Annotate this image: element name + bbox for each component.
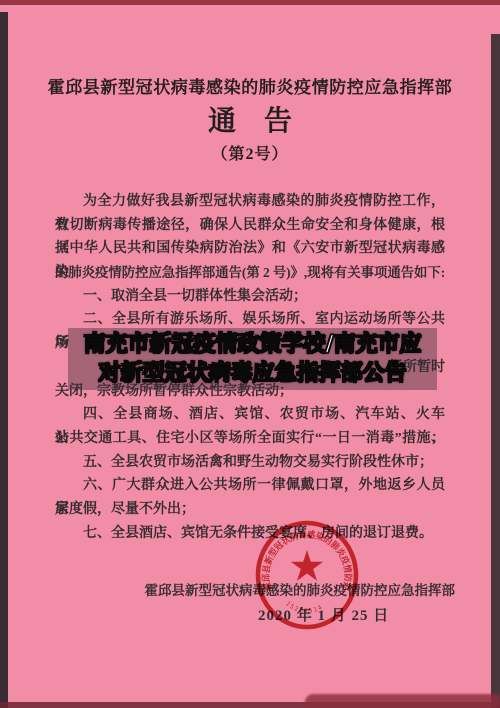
official-seal: 霍邱县新型冠状病毒感染的肺炎疫情防控应急指挥部 15220514 [247, 515, 367, 635]
document-line: 五、全县农贸市场活禽和野生动物交易实行阶段性休市； [55, 451, 445, 475]
document-line: 为全力做好我县新型冠状病毒感染的肺炎疫情防控工作，有 [55, 190, 445, 214]
photo-edge-left [0, 12, 8, 708]
document-line: 的肺炎疫情防控应急指挥部通告(第 2 号)》,现将有关事项通告如下: [55, 261, 445, 285]
photo-edge-blotch [305, 694, 500, 708]
seal-code: 15220514 [284, 600, 324, 615]
star-icon [291, 550, 323, 581]
photo-edge-top [0, 0, 500, 5]
document-line: 效切断病毒传播途径，确保人民群众生命安全和身体健康，根据 [55, 214, 445, 238]
notice-number: （第2号） [0, 141, 500, 164]
document-line: 公共交通工具、住宅小区等场所全面实行“一日一消毒”措施； [55, 427, 445, 451]
photo-edge-right [491, 34, 500, 708]
document-line: 六、广大群众进入公共场所一律佩戴口罩，外地返乡人员居 [55, 474, 445, 498]
subtitle-line-1: 南充市新冠疫情政策学校/南充市应 [83, 330, 421, 359]
document-photo: 霍邱县新型冠状病毒感染的肺炎疫情防控应急指挥部 通 告 （第2号） 为全力做好我… [0, 0, 500, 708]
subtitle-overlay: 南充市新冠疫情政策学校/南充市应 对新型冠状病毒应急指挥部公告 [68, 328, 437, 390]
document-line: 一、取消全县一切群体性集会活动； [55, 285, 445, 309]
header-organization: 霍邱县新型冠状病毒感染的肺炎疫情防控应急指挥部 [0, 73, 500, 98]
notice-title: 通 告 [0, 99, 500, 139]
subtitle-line-2: 对新型冠状病毒应急指挥部公告 [98, 359, 406, 388]
document-line: 《中华人民共和国传染病防治法》和《六安市新型冠状病毒感染 [55, 237, 445, 261]
document-line: 四、全县商场、酒店、宾馆、农贸市场、汽车站、火车站、 [55, 403, 445, 427]
